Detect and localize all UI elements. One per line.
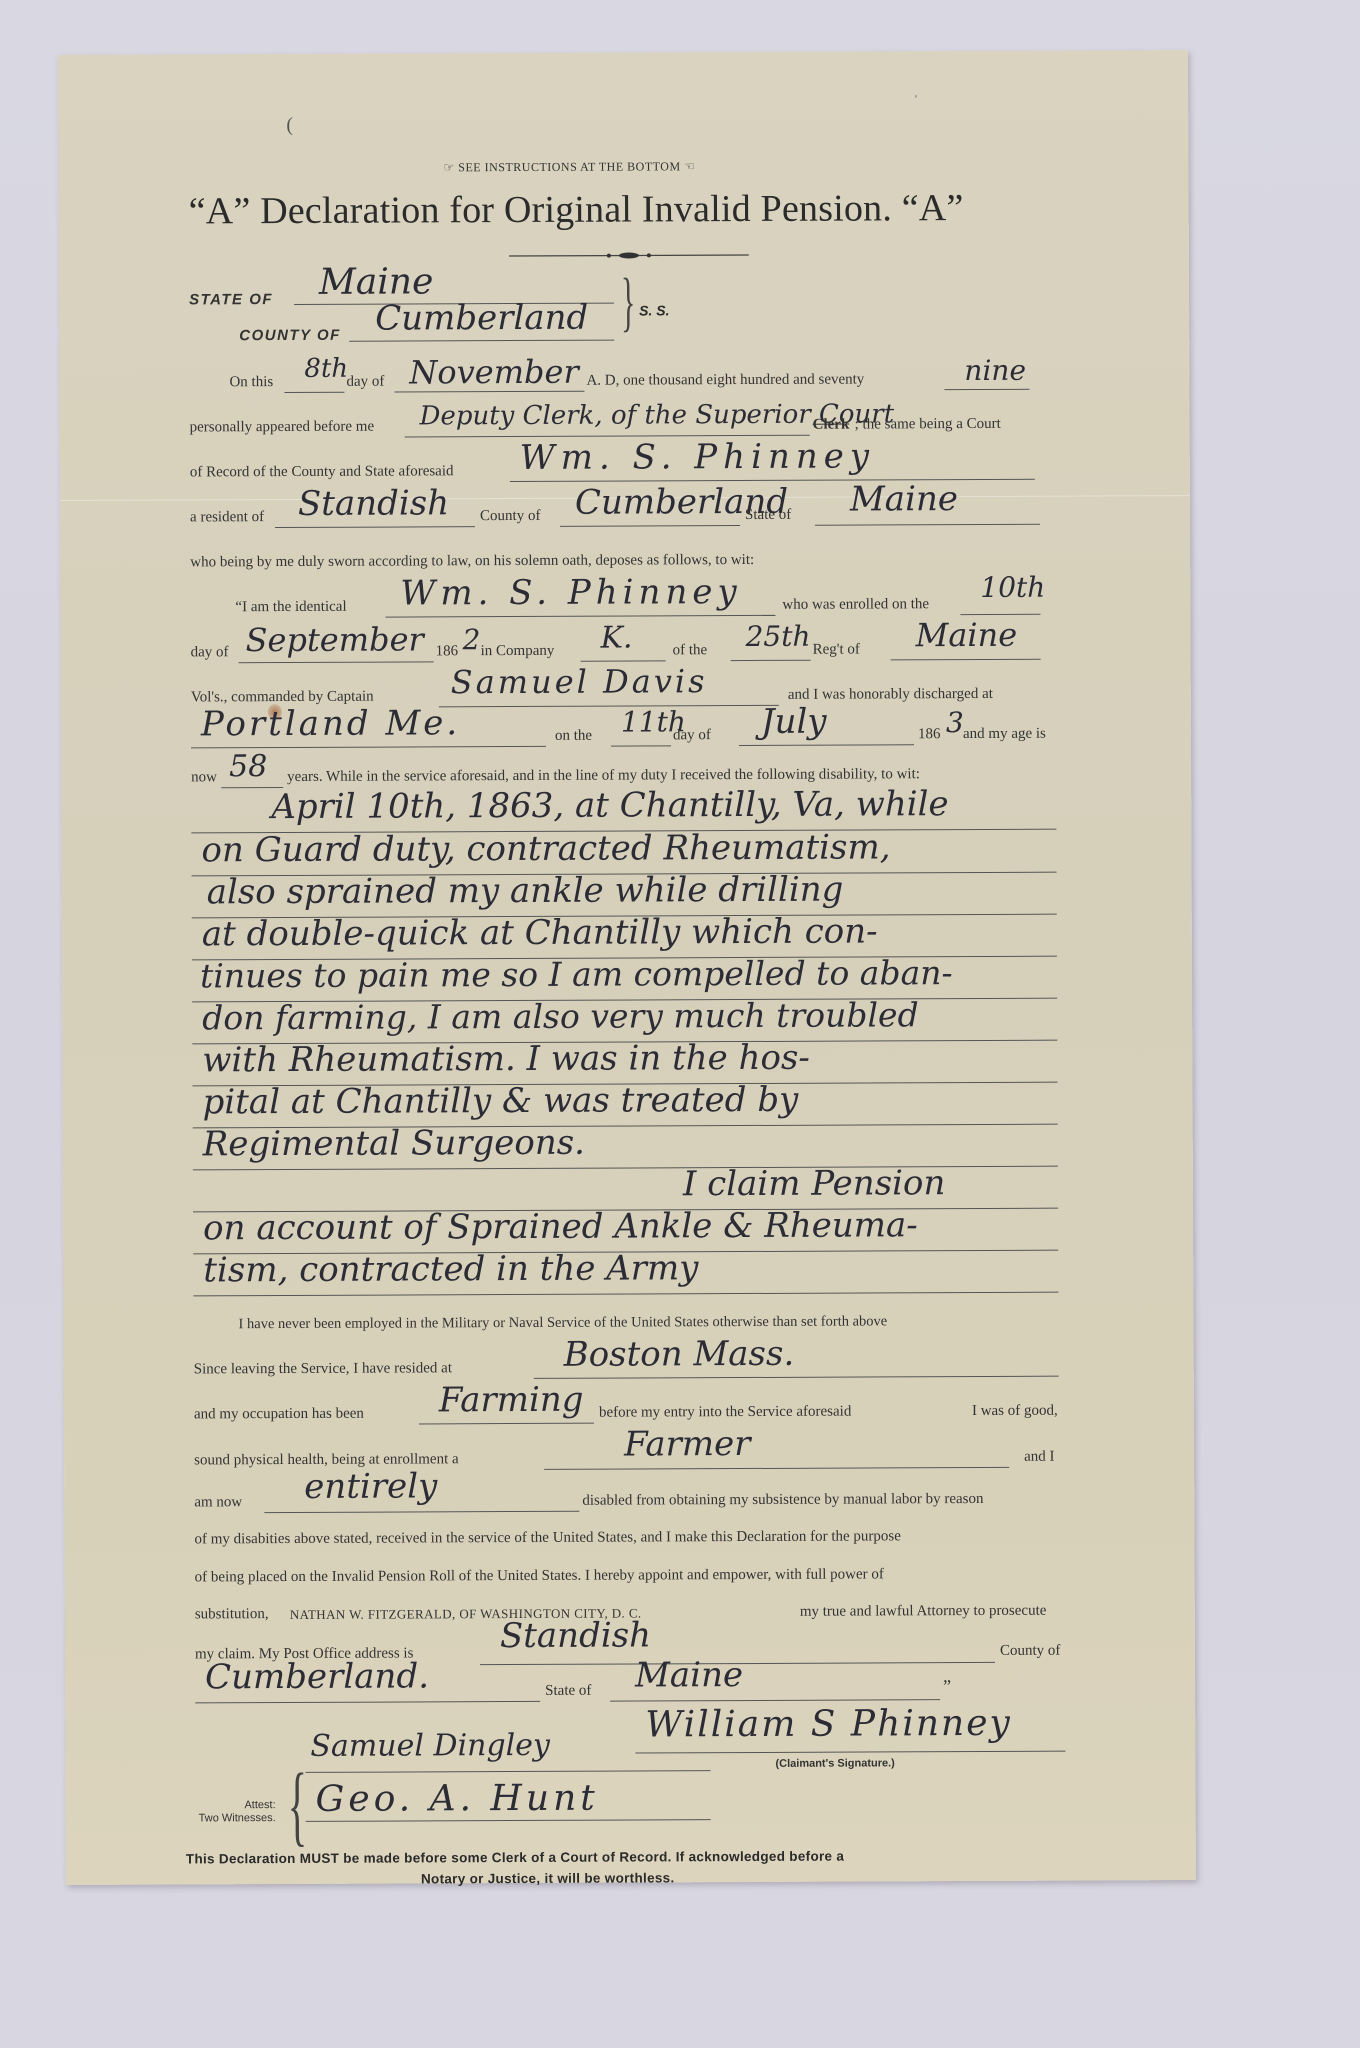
residence-label: Since leaving the Service, I have reside…	[194, 1360, 452, 1378]
company-value: K.	[600, 620, 632, 655]
disabled-suffix: disabled from obtaining my subsistence b…	[582, 1491, 983, 1510]
occupation-label: and my occupation has been	[194, 1406, 364, 1424]
month-value: November	[409, 353, 579, 392]
disability-line-4: at double-quick at Chantilly which con-	[202, 911, 878, 954]
day-underline	[284, 392, 344, 393]
disability-intro: years. While in the service aforesaid, a…	[287, 766, 920, 786]
regt-state-value: Maine	[915, 616, 1017, 654]
discharge-day-underline	[611, 745, 671, 746]
enroll-month-underline	[239, 661, 434, 663]
attest-label-line1: Attest:	[176, 1799, 276, 1812]
year-value: nine	[964, 354, 1026, 387]
claimant-name-value: Wm. S. Phinney	[520, 436, 875, 478]
witness-brace: {	[287, 1754, 307, 1857]
occupation-value: Farming	[439, 1380, 584, 1421]
and-i-label: and I	[1024, 1449, 1054, 1466]
residence-underline	[534, 1376, 1059, 1379]
attorney-suffix: my true and lawful Attorney to prosecute	[800, 1603, 1047, 1621]
disability-line-10: I claim Pension	[683, 1163, 946, 1204]
age-value: 58	[229, 749, 267, 784]
disability-line-5: tinues to pain me so I am compelled to a…	[200, 953, 953, 995]
resident-state-underline	[815, 524, 1040, 526]
final-state-underline	[610, 1699, 940, 1701]
enroll-year-value: 2	[462, 623, 480, 656]
instructions-header: ☞ SEE INSTRUCTIONS AT THE BOTTOM ☜	[443, 159, 695, 175]
age-is-label: and my age is	[963, 726, 1046, 743]
disability-line-3: also sprained my ankle while drilling	[207, 870, 844, 913]
residence-value: Boston Mass.	[564, 1334, 795, 1375]
enroll-month-value: September	[245, 620, 423, 659]
court-suffix: ; the same being a Court	[855, 416, 1001, 434]
signature-caption: (Claimant's Signature.)	[775, 1757, 894, 1770]
post-office-value: Standish	[500, 1615, 651, 1656]
discharge-year-prefix: 186	[918, 726, 941, 743]
enrolled-day-underline	[960, 614, 1040, 615]
county-label: COUNTY OF	[239, 327, 341, 344]
discharge-month-underline	[739, 744, 914, 746]
final-county-value: Cumberland.	[205, 1656, 429, 1697]
attest-label-line2: Two Witnesses.	[176, 1812, 276, 1825]
venue-brace: }	[621, 264, 636, 340]
disability-line-12: tism, contracted in the Army	[203, 1248, 698, 1290]
enrollment-occupation-underline	[544, 1467, 1009, 1470]
disabled-degree-underline	[264, 1511, 579, 1513]
close-quote: ”	[943, 1676, 951, 1697]
county-value: Cumberland	[375, 298, 588, 339]
identity-underline	[385, 615, 775, 618]
county-of-label: County of	[480, 508, 540, 525]
claimant-signature-value: William S Phinney	[645, 1703, 1012, 1746]
pension-declaration-page: ( ˈ ☞ SEE INSTRUCTIONS AT THE BOTTOM ☜ “…	[58, 50, 1196, 1885]
identity-name-value: Wm. S. Phinney	[400, 572, 741, 613]
paper-mark: ˈ	[913, 93, 918, 111]
witness-1-underline	[305, 1770, 710, 1773]
struck-word: Clerk	[813, 417, 850, 434]
enrollment-occupation-value: Farmer	[624, 1424, 751, 1465]
year-text: A. D, one thousand eight hundred and sev…	[586, 371, 864, 389]
final-state-label: State of	[545, 1683, 591, 1700]
now-label: now	[191, 769, 217, 786]
occupation-suffix: before my entry into the Service aforesa…	[599, 1404, 851, 1422]
appeared-label: personally appeared before me	[190, 419, 375, 437]
discharge-on-the-label: on the	[555, 728, 592, 745]
day-value: 8th	[304, 354, 348, 384]
enroll-day-of-label: day of	[191, 644, 229, 661]
enrolled-day-value: 10th	[980, 571, 1045, 604]
of-the-label: of the	[673, 642, 708, 659]
year-underline	[944, 389, 1029, 390]
state-of-label: State of	[745, 507, 791, 524]
footer-notice-line1: This Declaration MUST be made before som…	[186, 1849, 844, 1867]
witness-1-signature: Samuel Dingley	[310, 1728, 550, 1764]
disability-line-8: pital at Chantilly & was treated by	[202, 1080, 798, 1123]
month-underline	[394, 391, 584, 393]
town-underline	[275, 526, 475, 528]
body-line-1: of my disabities above stated, received …	[194, 1528, 901, 1548]
enrolled-label: who was enrolled on the	[782, 596, 929, 614]
ornament-divider-icon	[509, 250, 749, 261]
discharge-place-underline	[191, 746, 546, 749]
page-title: “A” Declaration for Original Invalid Pen…	[189, 186, 964, 233]
ss-label: S. S.	[639, 302, 669, 318]
final-county-underline	[195, 1701, 540, 1704]
regiment-value: 25th	[745, 620, 810, 653]
substitution-label: substitution,	[195, 1606, 269, 1623]
disability-rule	[193, 1292, 1058, 1297]
disability-line-11: on account of Sprained Ankle & Rheuma-	[203, 1205, 918, 1248]
record-label: of Record of the County and State afores…	[190, 463, 454, 481]
captain-underline	[439, 705, 779, 707]
enroll-year-prefix: 186	[436, 643, 459, 660]
sworn-statement: who being by me duly sworn according to …	[190, 552, 754, 571]
identical-label: “I am the identical	[235, 599, 346, 616]
captain-value: Samuel Davis	[451, 662, 708, 701]
final-state-value: Maine	[635, 1655, 743, 1695]
am-now-label: am now	[194, 1494, 242, 1511]
service-statement: I have never been employed in the Milita…	[239, 1313, 888, 1333]
day-of-label: day of	[346, 374, 384, 391]
resident-state-value: Maine	[850, 479, 958, 519]
disability-line-1: April 10th, 1863, at Chantilly, Va, whil…	[271, 784, 948, 827]
disability-line-7: with Rheumatism. I was in the hos-	[202, 1038, 810, 1081]
regt-of-label: Reg't of	[813, 642, 860, 659]
paper-mark: (	[286, 114, 293, 137]
good-health-label: I was of good,	[972, 1403, 1058, 1420]
discharge-day-of-label: day of	[673, 727, 711, 744]
body-line-2: of being placed on the Invalid Pension R…	[195, 1566, 884, 1586]
resident-label: a resident of	[190, 509, 264, 526]
witness-2-signature: Geo. A. Hunt	[316, 1778, 599, 1820]
regt-state-underline	[891, 659, 1041, 661]
disability-line-9: Regimental Surgeons.	[203, 1123, 585, 1165]
regiment-underline	[731, 660, 811, 661]
attest-label: Attest: Two Witnesses.	[176, 1799, 276, 1825]
on-this-label: On this	[229, 374, 273, 391]
resident-town-value: Standish	[298, 483, 449, 524]
state-label: STATE OF	[189, 291, 273, 308]
discharge-month-value: July	[761, 702, 827, 742]
signature-underline	[635, 1751, 1065, 1754]
resident-county-underline	[560, 525, 740, 527]
disabled-degree-value: entirely	[304, 1466, 437, 1507]
footer-notice-line2: Notary or Justice, it will be worthless.	[421, 1870, 675, 1886]
post-office-county-label: County of	[1000, 1643, 1060, 1660]
disability-line-2: on Guard duty, contracted Rheumatism,	[201, 827, 890, 870]
county-underline	[349, 340, 614, 342]
occupation-underline	[419, 1423, 594, 1425]
state-value: Maine	[319, 261, 434, 302]
discharge-year-value: 3	[946, 706, 964, 739]
discharge-place-value: Portland Me.	[201, 703, 460, 744]
disability-line-6: don farming, I am also very much trouble…	[202, 995, 919, 1037]
company-label: in Company	[481, 643, 555, 660]
